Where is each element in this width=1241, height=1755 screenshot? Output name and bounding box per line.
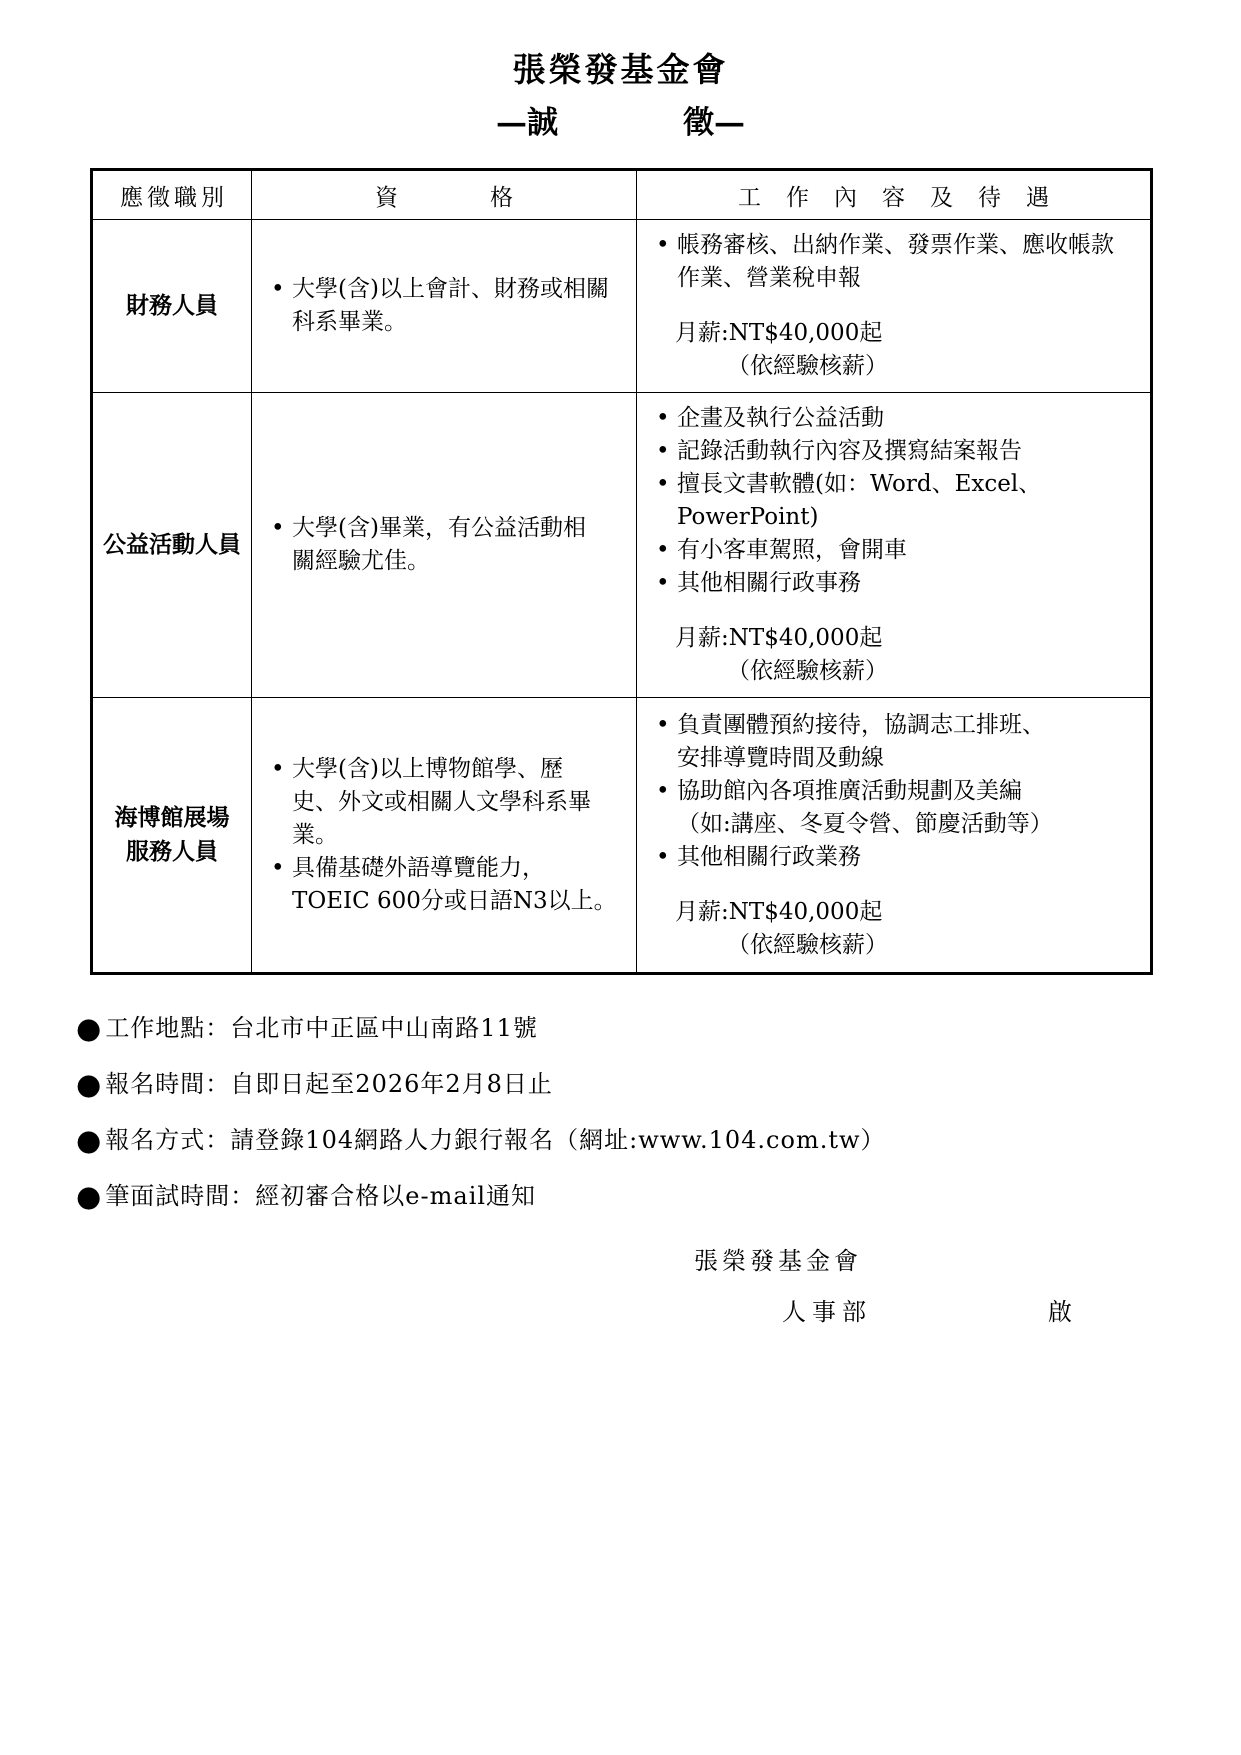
signature-block: 張榮發基金會 人事部啟	[0, 1241, 1241, 1327]
bullet-icon: ●	[76, 1126, 102, 1155]
duty-line: PowerPoint)	[647, 501, 1140, 534]
qualification-cell: 大學(含)以上博物館學、歷 史、外文或相關人文學科系畢 業。 具備基礎外語導覽能…	[252, 698, 637, 974]
salary-line: 月薪:NT$40,000起	[647, 622, 1140, 655]
notes-section: ●工作地點：台北市中正區中山南路11號 ●報名時間：自即日起至2026年2月8日…	[76, 1011, 1241, 1213]
salary-note: （依經驗核薪）	[647, 929, 1140, 962]
subtitle-right: 徵—	[683, 97, 745, 142]
position-cell: 財務人員	[92, 220, 252, 393]
bullet-icon: ●	[76, 1014, 102, 1043]
position-label: 海博館展場	[103, 801, 241, 835]
note-text: 工作地點：台北市中正區中山南路11號	[105, 1011, 538, 1045]
duty-line: 企畫及執行公益活動	[647, 402, 1140, 435]
duty-line: 作業、營業稅申報	[647, 262, 1140, 295]
note-item-method: ●報名方式：請登錄104網路人力銀行報名（網址:www.104.com.tw）	[76, 1123, 1241, 1157]
qualification-line: 大學(含)以上博物館學、歷	[262, 753, 626, 786]
duty-line: 協助館內各項推廣活動規劃及美編	[647, 775, 1140, 808]
qualification-line: 史、外文或相關人文學科系畢	[262, 786, 626, 819]
table-header-row: 應徵職別 資格 工作內容及待遇	[92, 170, 1152, 220]
duties-cell: 負責團體預約接待，協調志工排班、 安排導覽時間及動線 協助館內各項推廣活動規劃及…	[637, 698, 1152, 974]
bullet-icon: ●	[76, 1070, 102, 1099]
duty-line: 記錄活動執行內容及撰寫結案報告	[647, 435, 1140, 468]
qualification-line: 大學(含)畢業，有公益活動相	[262, 512, 626, 545]
qualification-line: 業。	[262, 819, 626, 852]
duties-cell: 企畫及執行公益活動 記錄活動執行內容及撰寫結案報告 擅長文書軟體(如：Word、…	[637, 393, 1152, 698]
salary-note: （依經驗核薪）	[647, 350, 1140, 383]
duty-line: 其他相關行政事務	[647, 567, 1140, 600]
table-row-finance: 財務人員 大學(含)以上會計、財務或相關 科系畢業。 帳務審核、出納作業、發票作…	[92, 220, 1152, 393]
note-text: 筆面試時間：經初審合格以e-mail通知	[105, 1179, 536, 1213]
position-cell: 海博館展場 服務人員	[92, 698, 252, 974]
header-qualification: 資格	[252, 170, 637, 220]
duty-line: 有小客車駕照，會開車	[647, 534, 1140, 567]
jobs-table: 應徵職別 資格 工作內容及待遇 財務人員 大學(含)以上會計、財務或相關 科系畢…	[90, 168, 1153, 975]
note-item-period: ●報名時間：自即日起至2026年2月8日止	[76, 1067, 1241, 1101]
footer-dept: 人事部	[782, 1298, 872, 1326]
duty-line: 擅長文書軟體(如：Word、Excel、	[647, 468, 1140, 501]
duty-line: 帳務審核、出納作業、發票作業、應收帳款	[647, 229, 1140, 262]
position-cell: 公益活動人員	[92, 393, 252, 698]
table-row-charity: 公益活動人員 大學(含)畢業，有公益活動相 關經驗尤佳。 企畫及執行公益活動 記…	[92, 393, 1152, 698]
duty-line: 負責團體預約接待，協調志工排班、	[647, 709, 1140, 742]
header-qualification-label: 資格	[375, 179, 605, 212]
position-label: 財務人員	[103, 289, 241, 323]
note-item-location: ●工作地點：台北市中正區中山南路11號	[76, 1011, 1241, 1045]
footer-org: 張榮發基金會	[694, 1241, 1241, 1276]
note-text: 報名方式：請登錄104網路人力銀行報名（網址:www.104.com.tw）	[105, 1123, 885, 1157]
note-text: 報名時間：自即日起至2026年2月8日止	[105, 1067, 553, 1101]
qualification-cell: 大學(含)以上會計、財務或相關 科系畢業。	[252, 220, 637, 393]
duty-line: 其他相關行政業務	[647, 841, 1140, 874]
footer-dept-line: 人事部啟	[782, 1292, 1241, 1327]
bullet-icon: ●	[76, 1182, 102, 1211]
duties-cell: 帳務審核、出納作業、發票作業、應收帳款 作業、營業稅申報 月薪:NT$40,00…	[637, 220, 1152, 393]
qualification-line: 大學(含)以上會計、財務或相關	[262, 273, 626, 306]
note-item-interview: ●筆面試時間：經初審合格以e-mail通知	[76, 1179, 1241, 1213]
subtitle-left: —誠	[496, 97, 558, 142]
header-position: 應徵職別	[92, 170, 252, 220]
salary-line: 月薪:NT$40,000起	[647, 896, 1140, 929]
salary-note: （依經驗核薪）	[647, 655, 1140, 688]
page-subtitle: —誠 徵—	[0, 97, 1241, 142]
duty-line: （如:講座、冬夏令營、節慶活動等）	[647, 808, 1140, 841]
page-title: 張榮發基金會	[0, 0, 1241, 91]
qualification-cell: 大學(含)畢業，有公益活動相 關經驗尤佳。	[252, 393, 637, 698]
qualification-line: TOEIC 600分或日語N3以上。	[262, 885, 626, 918]
header-duties: 工作內容及待遇	[637, 170, 1152, 220]
qualification-line: 科系畢業。	[262, 306, 626, 339]
duty-line: 安排導覽時間及動線	[647, 742, 1140, 775]
position-label: 公益活動人員	[103, 528, 241, 562]
salary-line: 月薪:NT$40,000起	[647, 317, 1140, 350]
qualification-line: 具備基礎外語導覽能力，	[262, 852, 626, 885]
table-row-museum: 海博館展場 服務人員 大學(含)以上博物館學、歷 史、外文或相關人文學科系畢 業…	[92, 698, 1152, 974]
header-position-label: 應徵職別	[120, 179, 228, 212]
qualification-line: 關經驗尤佳。	[262, 545, 626, 578]
header-duties-label: 工作內容及待遇	[738, 179, 1074, 212]
footer-closing: 啟	[1048, 1298, 1078, 1326]
position-label: 服務人員	[103, 835, 241, 869]
document-page: 張榮發基金會 —誠 徵— 應徵職別 資格 工作內容及待遇 財務人員 大學(含)以…	[0, 0, 1241, 1755]
